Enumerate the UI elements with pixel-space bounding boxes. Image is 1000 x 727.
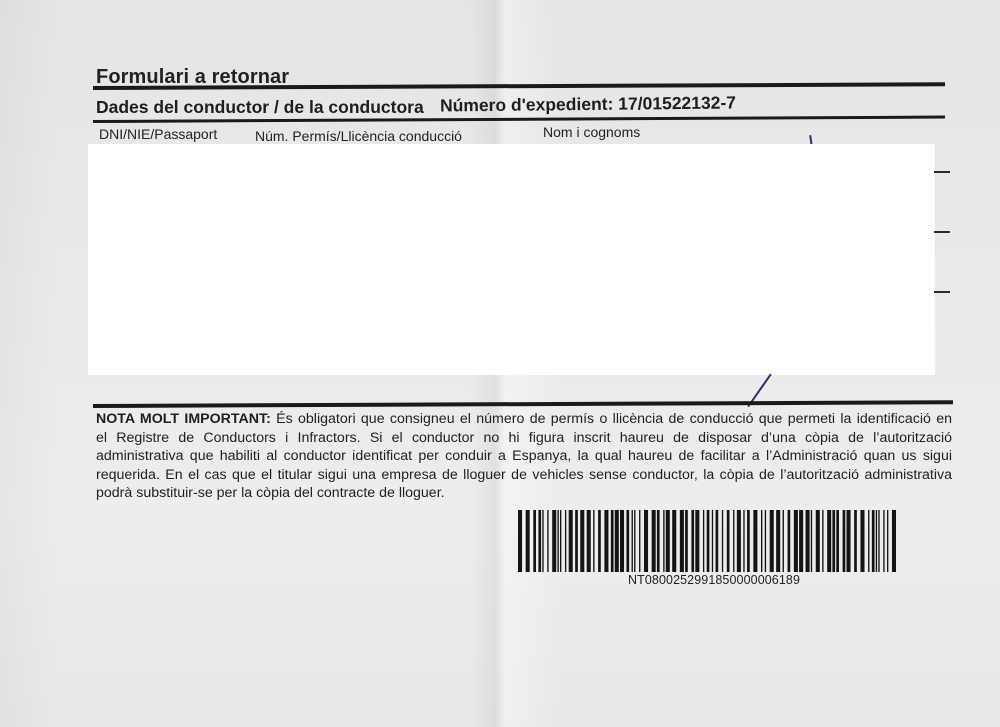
file-number-label: Número d'expedient: — [440, 94, 614, 116]
file-number: Número d'expedient: 17/01522132-7 — [440, 92, 736, 116]
note-lead: NOTA MOLT IMPORTANT: — [96, 411, 271, 427]
form-page: Formulari a retornar Dades del conductor… — [0, 0, 1000, 727]
note-line: requerida. En el cas que el titular sigu… — [96, 466, 952, 485]
note-line: NOTA MOLT IMPORTANT: És obligatori que c… — [96, 410, 952, 429]
redaction-box — [88, 144, 935, 375]
note-divider — [93, 400, 953, 408]
note-line: administrativa que habiliti al conductor… — [96, 447, 952, 466]
field-line-marker — [934, 171, 950, 173]
note-line: el Registre de Conductors i Infractors. … — [96, 429, 952, 448]
field-line-marker — [934, 291, 950, 293]
barcode — [518, 510, 898, 572]
field-line-marker — [934, 231, 950, 233]
column-label-name: Nom i cognoms — [543, 124, 640, 140]
barcode-number: NT0800252991850000006189 — [628, 573, 800, 587]
file-number-value: 17/01522132-7 — [618, 92, 736, 113]
column-label-license: Núm. Permís/Llicència conducció — [255, 128, 462, 144]
column-label-dni: DNI/NIE/Passaport — [99, 126, 217, 142]
section-header: Dades del conductor / de la conductora — [96, 97, 424, 118]
important-note: NOTA MOLT IMPORTANT: És obligatori que c… — [96, 410, 952, 503]
note-line: podrà substituir-se per la còpia del con… — [96, 484, 952, 503]
